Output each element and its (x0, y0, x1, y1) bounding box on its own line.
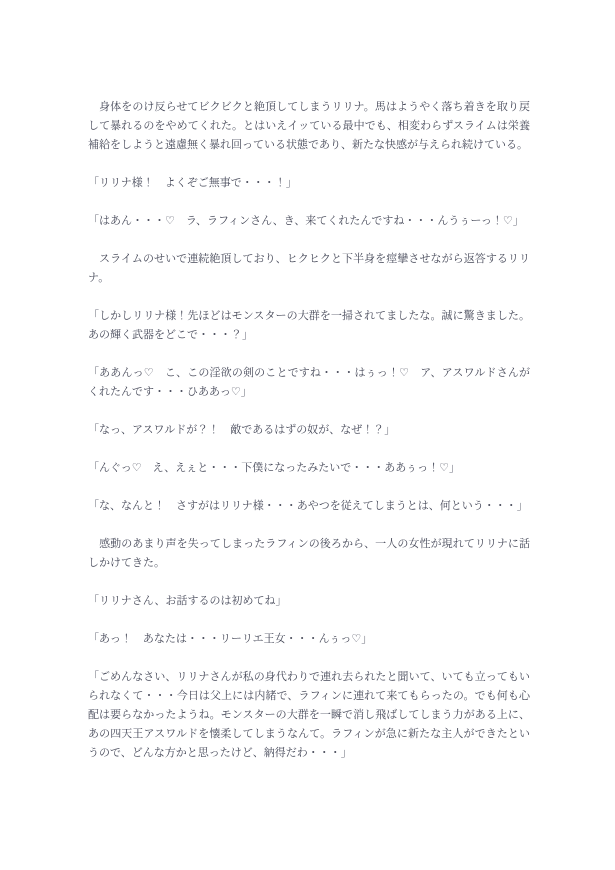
story-text-block: 身体をのけ反らせてビクビクと絶頂してしまうリリナ。馬はようやく落ち着きを取り戻し… (88, 97, 530, 781)
story-paragraph: 「リリナさん、お話するのは初めてね」 (88, 591, 530, 610)
story-paragraph: 「はあん・・・♡ ラ、ラフィンさん、き、来てくれたんですね・・・んうぅーっ！♡」 (88, 211, 530, 230)
story-paragraph: 感動のあまり声を失ってしまったラフィンの後ろから、一人の女性が現れてリリナに話し… (88, 534, 530, 572)
story-paragraph: 「あっ！ あなたは・・・リーリエ王女・・・んぅっ♡」 (88, 629, 530, 648)
story-paragraph: 身体をのけ反らせてビクビクと絶頂してしまうリリナ。馬はようやく落ち着きを取り戻し… (88, 97, 530, 154)
story-paragraph: 「しかしリリナ様！先ほどはモンスターの大群を一掃されてましたな。誠に驚きました。… (88, 306, 530, 344)
story-paragraph: 「んぐっ♡ え、えぇと・・・下僕になったみたいで・・・ああぅっ！♡」 (88, 458, 530, 477)
story-paragraph: 「リリナ様！ よくぞご無事で・・・！」 (88, 173, 530, 192)
document-page: 身体をのけ反らせてビクビクと絶頂してしまうリリナ。馬はようやく落ち着きを取り戻し… (0, 0, 615, 870)
story-paragraph: スライムのせいで連続絶頂しており、ヒクヒクと下半身を痙攣させながら返答するリリナ… (88, 249, 530, 287)
story-paragraph: 「なっ、アスワルドが？！ 敵であるはずの奴が、なぜ！？」 (88, 420, 530, 439)
story-paragraph: 「ごめんなさい、リリナさんが私の身代わりで連れ去られたと聞いて、いても立ってもい… (88, 667, 530, 762)
story-paragraph: 「ああんっ♡ こ、この淫欲の剣のことですね・・・はぅっ！♡ ア、アスワルドさんが… (88, 363, 530, 401)
story-paragraph: 「な、なんと！ さすがはリリナ様・・・あやつを従えてしまうとは、何という・・・」 (88, 496, 530, 515)
